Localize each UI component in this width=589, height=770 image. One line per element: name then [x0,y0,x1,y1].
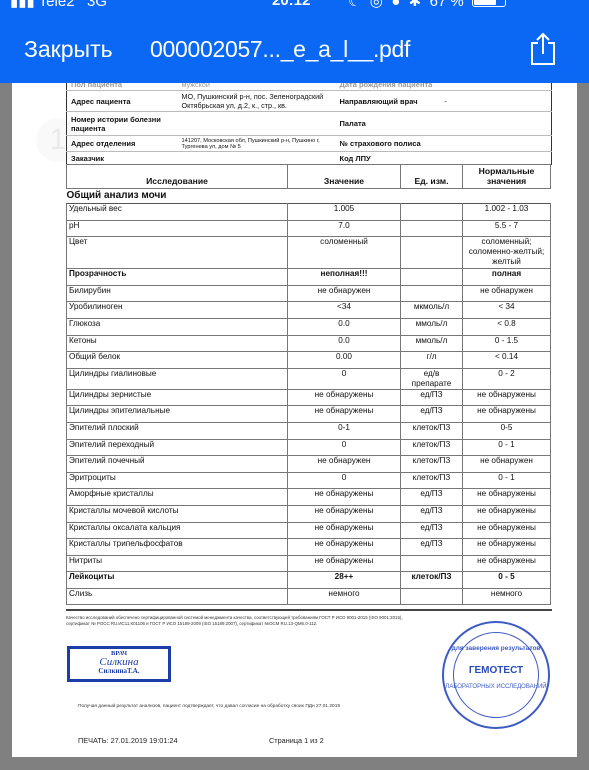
moon-icon: ☾ [348,0,361,10]
cell-value: 0-1 [288,422,401,439]
cell-test: Эритроциты [67,472,288,489]
cell-value: 0.0 [288,318,401,335]
info-row: Адрес пациента МО, Пушкинский р-н, пос. … [67,91,552,112]
results-table: Исследование Значение Ед. изм. Нормальны… [66,164,551,605]
cell-test: Глюкоза [67,318,288,335]
cell-norm: 0 - 5 [463,572,551,589]
cell-norm: не обнаружен [463,456,551,473]
cell-test: Цвет [67,237,288,269]
cell-unit [401,269,463,286]
gemotest-logo: ГЕМОТЕСТ [444,665,548,676]
cell-unit: ед/в препарате [401,368,463,389]
table-row: Лейкоциты28++клеток/ПЗ0 - 5 [67,572,551,589]
cell-test: Удельный вес [67,204,288,221]
cell-test: pH [67,220,288,237]
cell-norm: не обнаружены [463,505,551,522]
info-row: Заказчик Код ЛПУ [67,152,552,165]
table-row: Эпителий почечныйне обнаруженклеток/ПЗне… [67,456,551,473]
table-row: Кристаллы трипельфосфатовне обнаруженыед… [67,539,551,556]
cell-test: Аморфные кристаллы [67,489,288,506]
table-row: Прозрачностьнеполная!!!полная [67,269,551,286]
cell-value: 28++ [288,572,401,589]
bluetooth-icon: ✱ [409,0,422,10]
page-indicator: Страница 1 из 2 [269,736,324,745]
cell-norm: не обнаружены [463,406,551,423]
clock: 20:12 [272,0,310,9]
table-row: Кетоны0.0ммоль/л0 - 1.5 [67,335,551,352]
cell-test: Кристаллы трипельфосфатов [67,539,288,556]
table-row: Глюкоза0.0ммоль/л< 0.8 [67,318,551,335]
doctor-stamp: ВРАЧ Силкина СилкинаТ.А. [67,646,171,682]
battery-percent: 67 % [430,0,464,10]
signal-icon: ▮▮▮ [10,0,35,10]
carrier-name: Tele2 [39,0,75,10]
cell-unit: ед/ПЗ [401,505,463,522]
section-title-row: Общий анализ мочи [67,189,551,204]
cell-norm: не обнаружены [463,389,551,406]
cell-value: 7.0 [288,220,401,237]
cell-test: Нитриты [67,555,288,572]
cell-norm: 0 - 1 [463,472,551,489]
header-norm: Нормальные значения [463,165,551,189]
cell-norm: 0 - 2 [463,368,551,389]
cell-value: не обнаружены [288,406,401,423]
cell-unit [401,204,463,221]
table-row: Нитритыне обнаруженыне обнаружены [67,555,551,572]
cell-unit: г/л [401,352,463,369]
battery-icon [472,0,506,7]
table-row: Цилиндры эпителиальныене обнаруженыед/ПЗ… [67,406,551,423]
cell-norm: 0 - 1 [463,439,551,456]
cell-value: не обнаружены [288,489,401,506]
cell-value: соломенный [288,237,401,269]
table-row: Уробилиноген<34мкмоль/л< 34 [67,302,551,319]
cell-unit: ед/ПЗ [401,489,463,506]
table-row: Цветсоломенныйсоломенный; соломенно-желт… [67,237,551,269]
header-value: Значение [288,165,401,189]
cell-test: Эпителий переходный [67,439,288,456]
cell-unit [401,588,463,605]
cell-test: Цилиндры эпителиальные [67,406,288,423]
table-row: Цилиндры гиалиновые0ед/в препарате0 - 2 [67,368,551,389]
section-title: Общий анализ мочи [67,189,551,204]
cell-value: не обнаружен [288,285,401,302]
table-row: Эритроциты0клеток/ПЗ0 - 1 [67,472,551,489]
cell-test: Лейкоциты [67,572,288,589]
cell-test: Цилиндры гиалиновые [67,368,288,389]
cell-norm: 0 - 1.5 [463,335,551,352]
cell-test: Цилиндры зернистые [67,389,288,406]
table-row: Кристаллы мочевой кислотыне обнаруженыед… [67,505,551,522]
cell-test: Эпителий почечный [67,456,288,473]
cell-value: 0.0 [288,335,401,352]
cell-unit: мкмоль/л [401,302,463,319]
cell-norm: не обнаружены [463,539,551,556]
doctor-signature: Силкина [70,657,168,667]
cell-norm: 5.5 - 7 [463,220,551,237]
cell-test: Общий белок [67,352,288,369]
cell-unit [401,220,463,237]
network-type: 3G [87,0,107,10]
document-title: 000002057..._e_a_l__.pdf [150,36,410,63]
cell-unit: ед/ПЗ [401,406,463,423]
cell-value: не обнаружен [288,456,401,473]
cell-value: 0.00 [288,352,401,369]
cell-norm: < 0.14 [463,352,551,369]
cell-unit [401,555,463,572]
header-test: Исследование [67,165,288,189]
cell-test: Кристаллы оксалата кальция [67,522,288,539]
cell-value: не обнаружены [288,505,401,522]
header-unit: Ед. изм. [401,165,463,189]
cell-value: 0 [288,439,401,456]
cell-value: не обнаружены [288,555,401,572]
status-bar: ▮▮▮ Tele2 3G 20:12 ☾ ◎ ● ✱ 67 % [0,0,589,12]
quality-note: Качество исследований обеспечено сертифи… [66,615,406,626]
cell-unit: клеток/ПЗ [401,472,463,489]
cell-test: Уробилиноген [67,302,288,319]
info-row: Номер истории болезни пациента Палата [67,112,552,136]
cell-unit: ммоль/л [401,335,463,352]
cell-norm: не обнаружены [463,489,551,506]
cell-value: 0 [288,472,401,489]
results-header-row: Исследование Значение Ед. изм. Нормальны… [67,165,551,189]
cell-test: Кетоны [67,335,288,352]
patient-info-table: Пол пациента мужской Дата рождения пацие… [66,78,552,165]
cell-test: Эпителий плоский [67,422,288,439]
cell-norm: немного [463,588,551,605]
close-button[interactable]: Закрыть [24,36,113,63]
cell-unit: ммоль/л [401,318,463,335]
cell-test: Кристаллы мочевой кислоты [67,505,288,522]
info-row: Адрес отделения 141207, Московская обл, … [67,136,552,152]
cell-value: не обнаружены [288,389,401,406]
cell-unit: клеток/ПЗ [401,439,463,456]
cell-unit [401,237,463,269]
cell-unit: клеток/ПЗ [401,572,463,589]
consent-note: Получая данный результат анализов, пацие… [78,704,340,709]
cell-value: немного [288,588,401,605]
print-timestamp: ПЕЧАТЬ: 27.01.2019 19:01:24 [78,736,178,745]
cell-value: <34 [288,302,401,319]
cell-norm: полная [463,269,551,286]
cell-norm: 1.002 - 1.03 [463,204,551,221]
cell-test: Билирубин [67,285,288,302]
share-icon[interactable] [528,32,558,66]
cell-unit: ед/ПЗ [401,389,463,406]
cell-norm: не обнаружены [463,555,551,572]
cell-norm: не обнаружены [463,522,551,539]
cell-unit [401,285,463,302]
cell-unit: клеток/ПЗ [401,422,463,439]
cell-unit: ед/ПЗ [401,522,463,539]
table-row: Эпителий плоский0-1клеток/ПЗ0-5 [67,422,551,439]
table-row: Аморфные кристаллыне обнаруженыед/ПЗне о… [67,489,551,506]
footer-divider [66,609,552,611]
cell-norm: соломенный; соломенно-желтый; желтый [463,237,551,269]
table-row: Слизьнемногонемного [67,588,551,605]
cell-value: неполная!!! [288,269,401,286]
table-row: Эпителий переходный0клеток/ПЗ0 - 1 [67,439,551,456]
cell-unit: клеток/ПЗ [401,456,463,473]
pdf-page[interactable]: 1 Пол пациента мужской Дата рождения пац… [12,0,577,757]
nav-bar: Закрыть 000002057..._e_a_l__.pdf [0,30,589,70]
cell-value: 0 [288,368,401,389]
table-row: Кристаллы оксалата кальцияне обнаруженые… [67,522,551,539]
lab-seal: для заверения результатов ГЕМОТЕСТ ЛАБОР… [442,621,550,729]
cell-unit: ед/ПЗ [401,539,463,556]
alarm-icon: ● [391,0,400,10]
table-row: Общий белок0.00г/л< 0.14 [67,352,551,369]
viewer-header: ▮▮▮ Tele2 3G 20:12 ☾ ◎ ● ✱ 67 % Закрыть … [0,0,589,83]
cell-value: не обнаружены [288,539,401,556]
table-row: Билирубинне обнаруженне обнаружен [67,285,551,302]
cell-value: не обнаружены [288,522,401,539]
cell-value: 1.005 [288,204,401,221]
table-row: Цилиндры зернистыене обнаруженыед/ПЗне о… [67,389,551,406]
cell-norm: < 34 [463,302,551,319]
cell-test: Слизь [67,588,288,605]
cell-norm: не обнаружен [463,285,551,302]
cell-norm: < 0.8 [463,318,551,335]
cell-norm: 0-5 [463,422,551,439]
table-row: pH7.05.5 - 7 [67,220,551,237]
table-row: Удельный вес1.0051.002 - 1.03 [67,204,551,221]
rotation-lock-icon: ◎ [370,0,383,10]
cell-test: Прозрачность [67,269,288,286]
